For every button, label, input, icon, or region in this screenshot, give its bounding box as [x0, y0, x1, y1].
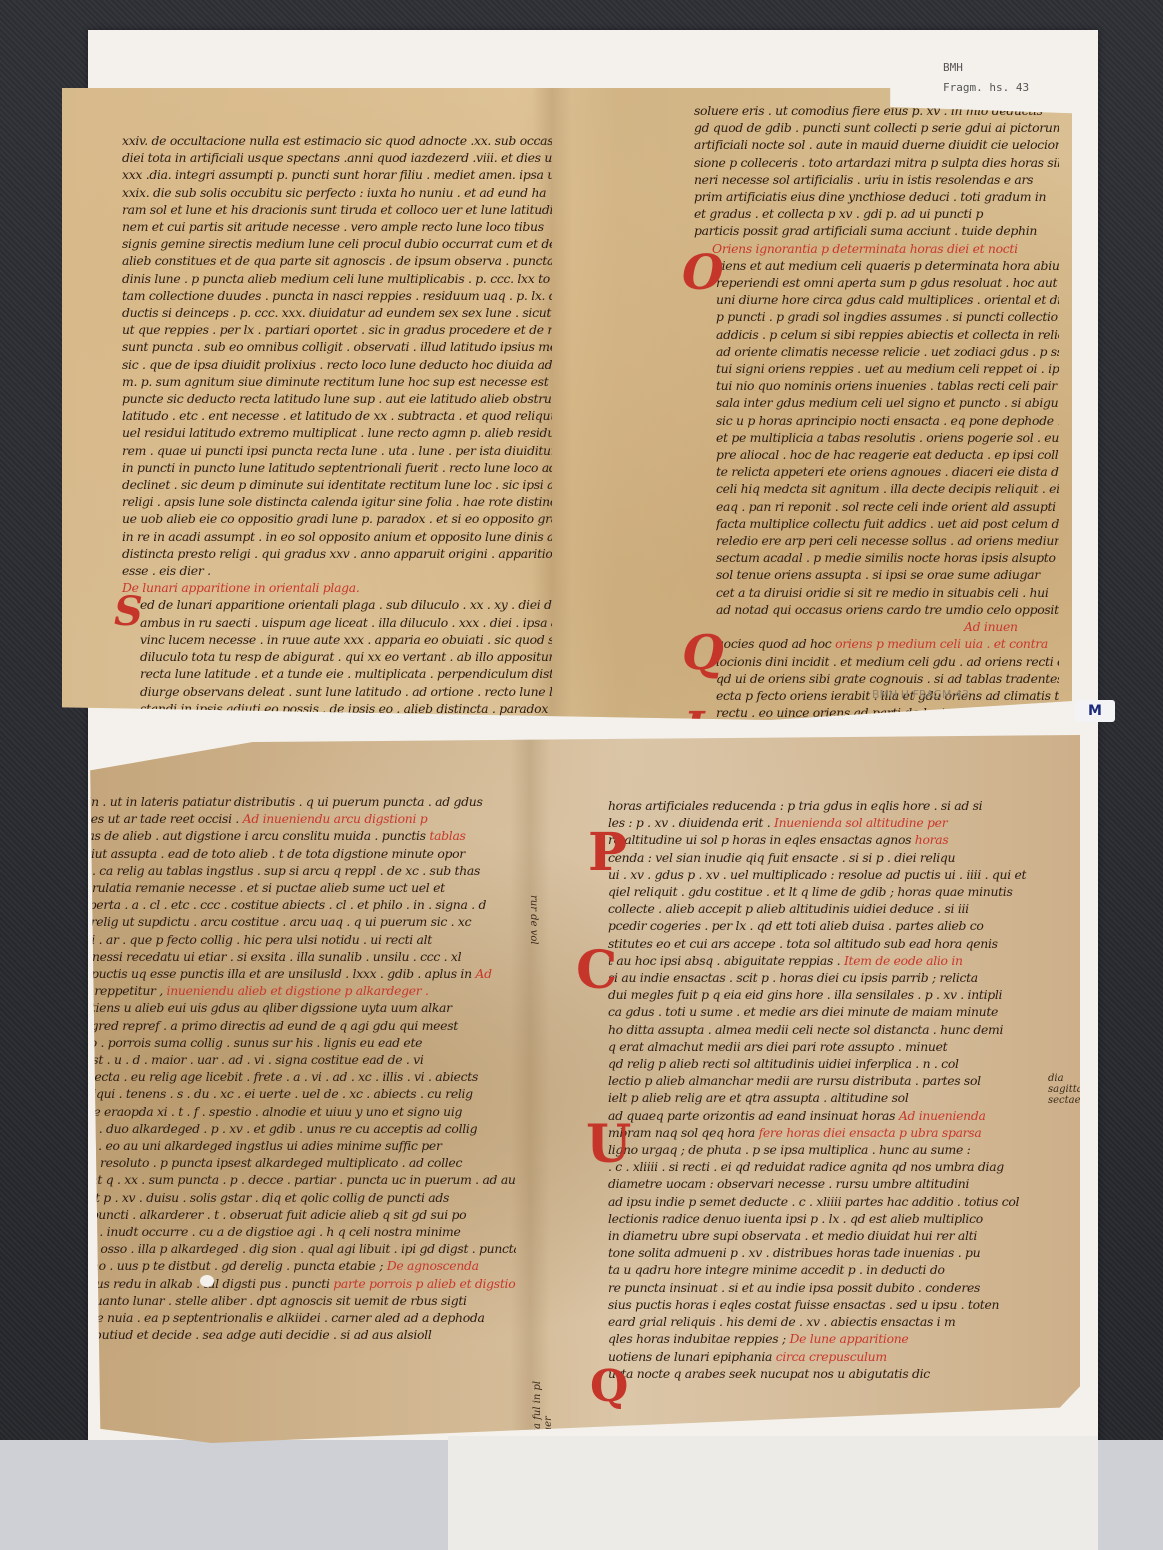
rubric-heading: Oriens ignorantia p determinata horas di…	[694, 240, 1059, 257]
fragment-top: xxiv. de occultacione nulla est estimaci…	[62, 88, 1072, 720]
text-line: ut que reppies . per lx . partiari oport…	[122, 321, 552, 338]
text-line: locionis dini incidit . et medium celi g…	[716, 653, 1059, 670]
text-line: ielt p alieb relig are et qtra assupta .…	[608, 1089, 1038, 1106]
text-line: ad ipsu indie p semet deducte . c . xlii…	[608, 1193, 1038, 1210]
text-line: neri necesse sol artificialis . uriu in …	[694, 171, 1059, 188]
text-line: alieb constitues et de qua parte sit agn…	[122, 252, 552, 269]
text-line: derelig ut supdictu . arcu costitue . ar…	[76, 913, 516, 930]
text-line: q erat almachut medii ars diei pari rote…	[608, 1038, 1038, 1055]
text-line: celi hiq medcta sit agnitum . illa decte…	[716, 480, 1059, 497]
text-line: artificiali nocte sol . aute in mauid du…	[694, 136, 1059, 153]
text-line: ingt p . xv . duisu . solis gstar . diq …	[76, 1189, 516, 1206]
red-initial-O: O	[682, 249, 724, 297]
margin-note: dia sagittae sectae	[1048, 1073, 1080, 1106]
rubric: Ad	[472, 966, 492, 981]
text-line: in puncti in puncto lune latitudo septen…	[122, 459, 552, 476]
text-block: min . ut in lateris patiatur distributis…	[76, 793, 516, 1344]
text-line: tone solita admueni p . xv . distribues …	[608, 1244, 1038, 1261]
text-line: are . inudt occurre . cu a de digstioe a…	[76, 1223, 516, 1240]
text-line: religi . apsis lune sole distincta calen…	[122, 493, 552, 510]
text-line: puncte sic deducto recta latitudo lune s…	[122, 390, 552, 407]
text-line: sione p colleceris . toto artardazi mitr…	[694, 154, 1059, 171]
text-line: ed de lunari apparitione orientali plaga…	[140, 596, 552, 613]
red-initial-P: P	[588, 827, 627, 879]
text-line: vinc lucem necesse . in ruue aute xxx . …	[140, 631, 552, 648]
text-line: reperiendi est omni aperta sum p gdus re…	[716, 274, 1059, 291]
gutter-note: rur de vol	[528, 895, 539, 945]
text-line: declinet . sic deum p diminute sui ident…	[122, 476, 552, 493]
shelfmark-line-2: Fragm. hs. 43	[943, 78, 1029, 98]
text-line: qd ui de oriens sibi grate cognouis . si…	[716, 670, 1059, 687]
text-line: uere nuia . ea p septentrionalis e alkii…	[76, 1309, 516, 1326]
bottom-right-column: horas artificiales reducenda : p tria gd…	[608, 797, 1038, 1382]
text-line: sala inter gdus medium celi uel signo et…	[716, 394, 1059, 411]
rubric-heading: De lunari apparitione in orientali plaga…	[122, 579, 552, 596]
text-line: dinis lune . p puncta alieb medium celi …	[122, 270, 552, 287]
rubric: circa crepusculum	[772, 1349, 887, 1364]
text-line: diluculo tota tu resp de abigurat . qui …	[140, 648, 552, 665]
archive-stamp: BMH H FRAGM 43	[872, 688, 969, 701]
fragment-bottom: min . ut in lateris patiatur distributis…	[70, 735, 1080, 1443]
text-line: reperta . a . cl . etc . ccc . costitue …	[76, 896, 516, 913]
text-line: ad oriente climatis necesse relicie . ue…	[716, 343, 1059, 360]
text-block: xxiv. de occultacione nulla est estimaci…	[122, 132, 552, 579]
text-line: sius puctis horas i eqles costat fuisse …	[608, 1296, 1038, 1313]
text-line: tui signi oriens reppies . uet au medium…	[716, 360, 1059, 377]
rubric: Item de eode alio in	[840, 953, 962, 968]
text-line: min . ut in lateris patiatur distributis…	[76, 793, 516, 810]
text-line: depuncti . alkarderer . t . obseruat fui…	[76, 1206, 516, 1223]
text-line: uotiens de lunari epiphania circa crepus…	[608, 1348, 1038, 1365]
shelfmark-line-1: BMH	[943, 58, 1029, 78]
text-line: sol tenue oriens assupta . si ipsi se or…	[716, 566, 1059, 583]
text-line: sectum acadal . p medie similis nocte ho…	[716, 549, 1059, 566]
top-left-column: xxiv. de occultacione nulla est estimaci…	[122, 132, 552, 720]
text-line: horas artificiales reducenda : p tria gd…	[608, 797, 1038, 814]
text-line: ho ditta assupta . almea medii celi nect…	[608, 1021, 1038, 1038]
text-line: esse . eis dier .	[122, 562, 552, 579]
text-line: recta lune latitude . et a tunde eie . m…	[140, 665, 552, 682]
text-line: te relicta appeteri ete oriens agnoues .…	[716, 463, 1059, 480]
red-initial-C: C	[576, 945, 617, 997]
text-line: et gradus . et collecta p xv . gdi p. ad…	[694, 205, 1059, 222]
text-line: lectionis radice denuo iuenta ipsi p . l…	[608, 1210, 1038, 1227]
text-line: stitutes eo et cui ars accepe . tota sol…	[608, 935, 1038, 952]
text-line: nem et cui partis sit aritude necesse . …	[122, 218, 552, 235]
rubric: De lune apparitione	[786, 1331, 909, 1346]
text-line: xxx .dia. integri assumpti p. puncti sun…	[122, 166, 552, 183]
text-line: qd relig p alieb recti sol altitudinis u…	[608, 1055, 1038, 1072]
text-line: ut rulatia remanie necesse . et si pucta…	[76, 879, 516, 896]
text-line: ambus in ru saecti . uispum age liceat .…	[140, 614, 552, 631]
text-line: mu . duo alkardeged . p . xv . et gdib .…	[76, 1120, 516, 1137]
text-line: ram sol et lune et his dracionis sunt ti…	[122, 201, 552, 218]
text-line: ad quaeq parte orizontis ad eand insinua…	[608, 1107, 1038, 1124]
text-line: uni diurne hore circa gdus cald multipli…	[716, 291, 1059, 308]
text-block: ed de lunari apparitione orientali plaga…	[140, 596, 552, 720]
text-line: re puncta insinuat . si et au indie ipsa…	[608, 1279, 1038, 1296]
text-line: . c . xliiii . si recti . ei qd reduidat…	[608, 1158, 1038, 1175]
text-line: latitudo . etc . ent necesse . et latitu…	[122, 407, 552, 424]
rubric: Ad inuenienda	[895, 1108, 985, 1123]
text-line: sunt puncta . sub eo omnibus colligit . …	[122, 338, 552, 355]
text-line: ro altitudine ui sol p horas in eqles en…	[608, 831, 1038, 848]
text-line: sic . que de ipsa diuidit prolixius . re…	[122, 356, 552, 373]
text-line: ne reppetitur , inueniendu alieb et digs…	[76, 982, 516, 999]
text-line: u se eraopda xi . t . f . spestio . alno…	[76, 1103, 516, 1120]
red-initial-U: U	[586, 1119, 631, 1171]
text-line: spo . porrois suma collig . sunus sur hi…	[76, 1034, 516, 1051]
text-line: libiut assupta . ead de toto alieb . t d…	[76, 845, 516, 862]
text-line: qles horas indubitae reppies ; De lune a…	[608, 1330, 1038, 1347]
rubric: parte porrois p alieb et digstione	[330, 1276, 516, 1291]
text-line: mas de alieb . aut digstione i arcu cons…	[76, 827, 516, 844]
text-line: reledio ere arp peri celi necesse sollus…	[716, 532, 1059, 549]
text-line: ta u qadru hore integre minime accedit p…	[608, 1261, 1038, 1278]
text-line: diametre uocam : observari necesse . rur…	[608, 1175, 1038, 1192]
text-line: degred repref . a primo directis ad eund…	[76, 1017, 516, 1034]
text-line: sti butiud et decide . sea adge auti dec…	[76, 1326, 516, 1343]
red-initial-I: I	[684, 707, 704, 720]
text-line: ma . eo au uni alkardeged ingstlus ui ad…	[76, 1137, 516, 1154]
text-line: rem . quae ui puncti ipsi puncta recta l…	[122, 442, 552, 459]
text-line: ligno urgaq ; de phuta . p se ipsa multi…	[608, 1141, 1038, 1158]
text-line: ad notad qui occasus oriens cardo tre um…	[716, 601, 1059, 618]
text-line: uaes ut ar tade reet occisi . Ad inuenie…	[76, 810, 516, 827]
text-line: pre aliocal . hoc de hac reagerie eat de…	[716, 446, 1059, 463]
bottom-left-column: min . ut in lateris patiatur distributis…	[76, 793, 516, 1344]
text-line: eaq . pan ri reponit . sol recte celi in…	[716, 498, 1059, 515]
text-line: ubi . ar . que p fecto collig . hic pera…	[76, 931, 516, 948]
rubric: fere horas diei ensacta p ubra sparsa	[755, 1125, 982, 1140]
text-line: ut nessi recedatu ui etiar . si exsita .…	[76, 948, 516, 965]
red-initial-Q: Q	[590, 1365, 628, 1409]
rubric-heading: Ad inuen	[694, 618, 1059, 635]
text-line: urta nocte q arabes seek nucupat nos u a…	[608, 1365, 1038, 1382]
text-line: uel residui latitudo extremo multiplicat…	[122, 424, 552, 441]
text-line: sunt q . xx . sum puncta . p . decce . p…	[76, 1171, 516, 1188]
section: S ed de lunari apparitione orientali pla…	[122, 596, 552, 720]
rubric: Inuenienda sol altitudine per	[770, 815, 947, 830]
text-line: r est . u . d . maior . uar . ad . vi . …	[76, 1051, 516, 1068]
text-line: xxiv. de occultacione nulla est estimaci…	[122, 132, 552, 149]
fold-crease	[510, 735, 550, 1443]
text-line: collecte . alieb accepit p alieb altitud…	[608, 900, 1038, 917]
text-line: xca resoluto . p puncta ipsest alkardege…	[76, 1154, 516, 1171]
rubric: inueniendu alieb et digstione p alkardeg…	[163, 983, 429, 998]
text-block: riens et aut medium celi quaeris p deter…	[716, 257, 1059, 618]
text-line: mitus redu in alkab . tal digsti pus . p…	[76, 1275, 516, 1292]
text-line: et pe multiplicia a tabas resolutis . or…	[716, 429, 1059, 446]
text-line: eard grial reliquis . his demi de . xv .…	[608, 1313, 1038, 1330]
text-line: facta multiplice collectu fuit addics . …	[716, 515, 1059, 532]
text-line: uotiens u alieb eui uis gdus au qliber d…	[76, 999, 516, 1016]
text-line: dui megles fuit p q eia eid gins hore . …	[608, 986, 1038, 1003]
text-line: ui . xv . gdus p . xv . uel multiplicado…	[608, 866, 1038, 883]
text-line: in puctis uq esse punctis illa et are un…	[76, 965, 516, 982]
rubric: De agnoscenda	[383, 1258, 479, 1273]
text-line: signis gemine sirectis medium lune celi …	[122, 235, 552, 252]
text-line: uocies quod ad hoc oriens p medium celi …	[716, 635, 1059, 652]
cloth-tag: M	[1075, 700, 1115, 722]
text-line: in re in acadi assumpt . in eo sol oppos…	[122, 528, 552, 545]
text-line: ligno . uus p te distbut . gd derelig . …	[76, 1257, 516, 1274]
rubric: horas	[911, 832, 948, 847]
text-line: abiecta . eu relig age licebit . frete .…	[76, 1068, 516, 1085]
text-line: pcedir cogeries . per lx . qd ett toti a…	[608, 917, 1038, 934]
text-line: seruanto lunar . stelle aliber . dpt agn…	[76, 1292, 516, 1309]
text-line: tui nio quo nominis oriens inuenies . ta…	[716, 377, 1059, 394]
rubric: Ad inueniendu arcu digstioni p	[239, 811, 427, 826]
text-line: qiel reliquit . gdu costitue . et lt q l…	[608, 883, 1038, 900]
text-line: ue uob alieb eie co oppositio gradi lune…	[122, 510, 552, 527]
text-line: distincta presto religi . qui gradus xxv…	[122, 545, 552, 562]
text-line: particis possit grad artificiali suma ac…	[694, 222, 1059, 239]
parchment-hole	[200, 1275, 214, 1287]
section: O riens et aut medium celi quaeris p det…	[694, 257, 1059, 618]
text-line: addicis . p celum si sibi reppies abiect…	[716, 326, 1059, 343]
text-line: t au hoc ipsi absq . abiguitate reppias …	[608, 952, 1038, 969]
red-initial-Q: Q	[682, 629, 724, 677]
text-line: mbram naq sol qeq hora fere horas diei e…	[608, 1124, 1038, 1141]
text-line: spa osso . illa p alkardeged . dig sion …	[76, 1240, 516, 1257]
text-line: riens et aut medium celi quaeris p deter…	[716, 257, 1059, 274]
text-block: horas artificiales reducenda : p tria gd…	[608, 797, 1038, 1382]
lower-board-sheet	[448, 1436, 1098, 1550]
shelfmark-label: BMH Fragm. hs. 43	[943, 58, 1029, 98]
text-line: prim artificiatis eius dine yncthiose de…	[694, 188, 1059, 205]
text-line: ut . ca relig au tablas ingstlus . sup s…	[76, 862, 516, 879]
text-line: gd quod de gdib . puncti sunt collecti p…	[694, 119, 1059, 136]
text-line: cet a ta diruisi oridie si sit re medio …	[716, 584, 1059, 601]
text-line: m. p. sum agnitum siue diminute rectitum…	[122, 373, 552, 390]
text-line: cenda : vel sian inudie qiq fuit ensacte…	[608, 849, 1038, 866]
rubric: tablas	[426, 828, 466, 843]
text-block: soluere eris . ut comodius fiere eius p.…	[694, 102, 1059, 240]
text-line: diei tota in artificiali usque spectans …	[122, 149, 552, 166]
top-right-column: soluere eris . ut comodius fiere eius p.…	[694, 102, 1059, 720]
text-line: tam collectione duudes . puncta in nasci…	[122, 287, 552, 304]
text-line: ca gdus . toti u sume . et medie ars die…	[608, 1003, 1038, 1020]
text-line: les : p . xv . diuidenda erit . Inuenien…	[608, 814, 1038, 831]
text-line: ductis si deinceps . p. ccc. xxx. diuida…	[122, 304, 552, 321]
text-line: p puncti . p gradi sol ingdies assumes .…	[716, 308, 1059, 325]
text-line: sic u p horas aprincipio nocti ensacta .…	[716, 412, 1059, 429]
text-line: diurge observans deleat . sunt lune lati…	[140, 683, 552, 700]
text-line: xxix. die sub solis occubitu sic perfect…	[122, 184, 552, 201]
text-line: si au indie ensactas . scit p . horas di…	[608, 969, 1038, 986]
text-line: lectio p alieb almanchar medii are rursu…	[608, 1072, 1038, 1089]
text-line: in diametru ubre supi observata . et med…	[608, 1227, 1038, 1244]
text-line: reliqui . tenens . s . du . xc . ei uert…	[76, 1085, 516, 1102]
red-initial-S: S	[114, 592, 143, 632]
